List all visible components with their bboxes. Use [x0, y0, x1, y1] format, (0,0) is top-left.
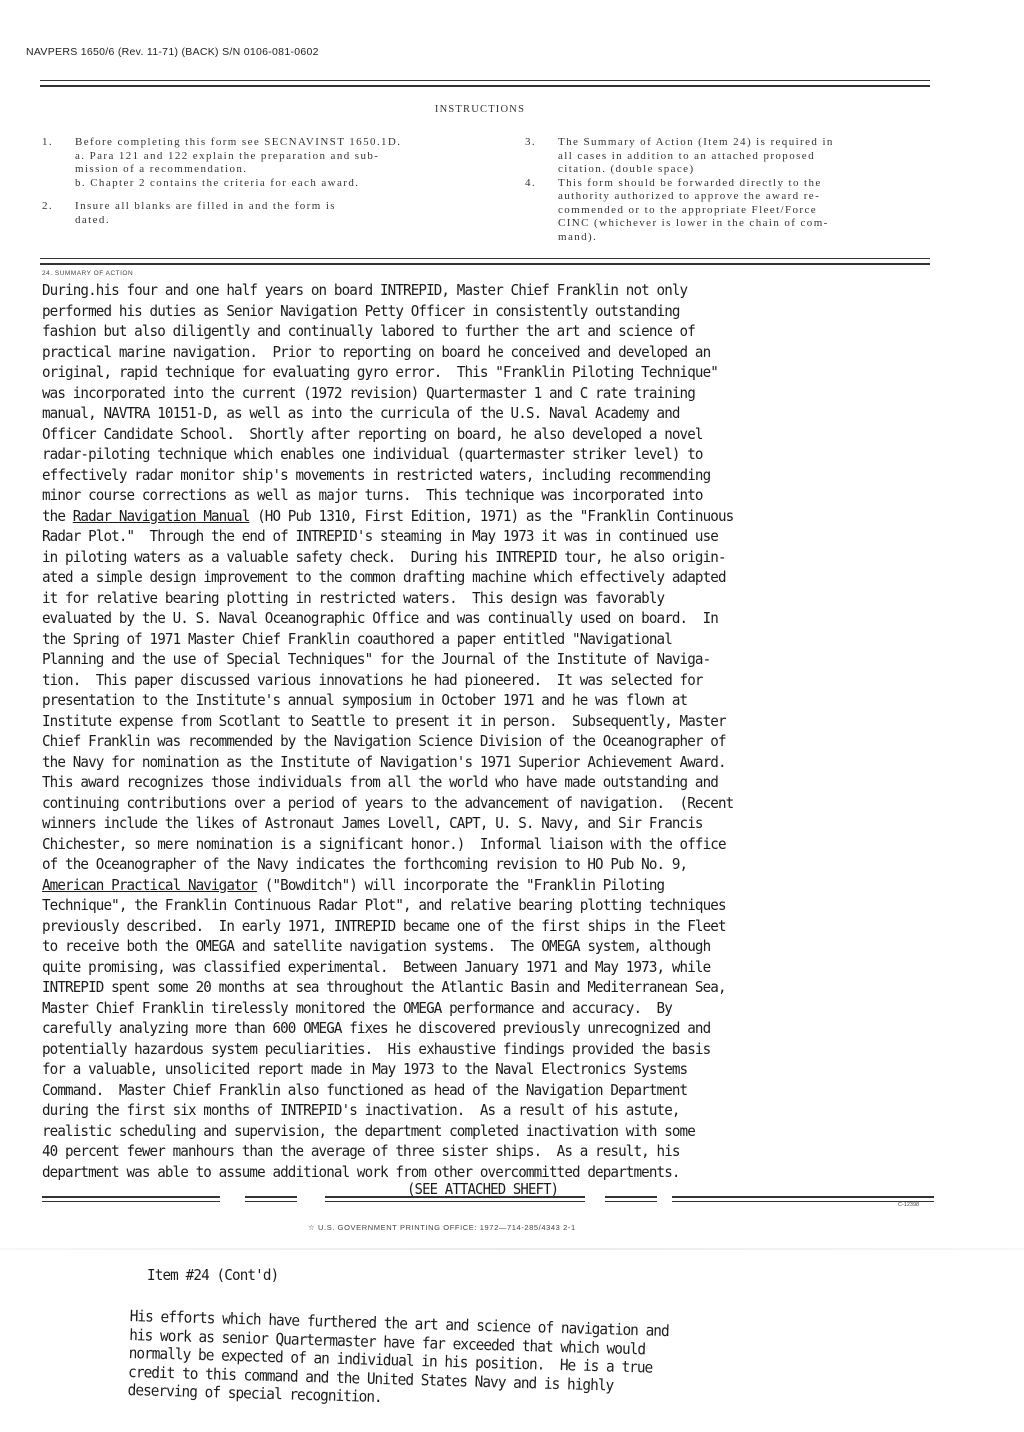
summary-line: fashion but also diligently and continua… [42, 321, 916, 342]
instructions-right: 3.The Summary of Action (Item 24) is req… [525, 136, 955, 244]
summary-line: tion. This paper discussed various innov… [42, 670, 916, 691]
instruction-item: mand). [525, 231, 955, 245]
summary-line: potentially hazardous system peculiariti… [42, 1039, 916, 1060]
summary-line: the Navy for nomination as the Institute… [42, 752, 916, 773]
summary-line: Chichester, so mere nomination is a sign… [42, 834, 916, 855]
instruction-item: b. Chapter 2 contains the criteria for e… [42, 177, 512, 191]
summary-line: manual, NAVTRA 10151-D, as well as into … [42, 403, 916, 424]
instruction-item: a. Para 121 and 122 explain the preparat… [42, 150, 512, 164]
instruction-item: 4.This form should be forwarded directly… [525, 177, 955, 191]
form-number: NAVPERS 1650/6 (Rev. 11-71) (BACK) S/N 0… [26, 46, 319, 58]
instruction-item: 3.The Summary of Action (Item 24) is req… [525, 136, 955, 150]
summary-line: it for relative bearing plotting in rest… [42, 588, 916, 609]
instructions-left: 1.Before completing this form see SECNAV… [42, 136, 512, 227]
summary-line: was incorporated into the current (1972 … [42, 383, 916, 404]
summary-line: the Spring of 1971 Master Chief Franklin… [42, 629, 916, 650]
summary-line: department was able to assume additional… [42, 1162, 916, 1183]
continuation-title: Item #24 (Cont'd) [147, 1266, 278, 1284]
instruction-item: all cases in addition to an attached pro… [525, 150, 955, 164]
summary-line: Command. Master Chief Franklin also func… [42, 1080, 916, 1101]
form-bottom-rule [605, 1196, 657, 1202]
summary-line: for a valuable, unsolicited report made … [42, 1059, 916, 1080]
summary-line: continuing contributions over a period o… [42, 793, 916, 814]
instruction-item: 1.Before completing this form see SECNAV… [42, 136, 512, 150]
summary-line: to receive both the OMEGA and satellite … [42, 936, 916, 957]
instruction-item: citation. (double space) [525, 163, 955, 177]
summary-line: Planning and the use of Special Techniqu… [42, 649, 916, 670]
summary-line: This award recognizes those individuals … [42, 772, 916, 793]
instructions-title: INSTRUCTIONS [0, 104, 960, 115]
summary-line: winners include the likes of Astronaut J… [42, 813, 916, 834]
summary-line: American Practical Navigator ("Bowditch"… [42, 875, 916, 896]
form-bottom-rule [42, 1196, 220, 1202]
continuation-text: His efforts which have furthered the art… [127, 1307, 669, 1415]
summary-line: the Radar Navigation Manual (HO Pub 1310… [42, 506, 916, 527]
summary-of-action-text: During.his four and one half years on bo… [42, 280, 916, 1182]
summary-line: minor course corrections as well as majo… [42, 485, 916, 506]
summary-line: in piloting waters as a valuable safety … [42, 547, 916, 568]
instruction-item: CINC (whichever is lower in the chain of… [525, 217, 955, 231]
summary-line: INTREPID spent some 20 months at sea thr… [42, 977, 916, 998]
underlined-title: Radar Navigation Manual [73, 507, 250, 525]
printing-office-imprint: ☆ U.S. GOVERNMENT PRINTING OFFICE: 1972—… [308, 1223, 576, 1232]
instruction-item: 2.Insure all blanks are filled in and th… [42, 200, 512, 214]
summary-line: previously described. In early 1971, INT… [42, 916, 916, 937]
summary-line: Master Chief Franklin tirelessly monitor… [42, 998, 916, 1019]
summary-line: of the Oceanographer of the Navy indicat… [42, 854, 916, 875]
summary-line: Radar Plot." Through the end of INTREPID… [42, 526, 916, 547]
form-bottom-rule [245, 1196, 297, 1202]
summary-label: 24. SUMMARY OF ACTION [42, 270, 133, 277]
summary-line: carefully analyzing more than 600 OMEGA … [42, 1018, 916, 1039]
summary-line: Institute expense from Scotlant to Seatt… [42, 711, 916, 732]
summary-line: presentation to the Institute's annual s… [42, 690, 916, 711]
form-bottom-rule [325, 1196, 585, 1202]
instruction-item: commended or to the appropriate Fleet/Fo… [525, 204, 955, 218]
summary-line: quite promising, was classified experime… [42, 957, 916, 978]
summary-line: evaluated by the U. S. Naval Oceanograph… [42, 608, 916, 629]
header-divider [40, 80, 930, 87]
page-fold-shadow [0, 1248, 1024, 1250]
summary-line: Technique", the Franklin Continuous Rada… [42, 895, 916, 916]
summary-line: effectively radar monitor ship's movemen… [42, 465, 916, 486]
summary-line: During.his four and one half years on bo… [42, 280, 916, 301]
instruction-item: mission of a recommendation. [42, 163, 512, 177]
summary-line: radar-piloting technique which enables o… [42, 444, 916, 465]
instructions-divider [40, 258, 930, 265]
form-bottom-rule [672, 1196, 934, 1202]
summary-line: Chief Franklin was recommended by the Na… [42, 731, 916, 752]
instruction-item: authority authorized to approve the awar… [525, 190, 955, 204]
summary-line: practical marine navigation. Prior to re… [42, 342, 916, 363]
summary-line: Officer Candidate School. Shortly after … [42, 424, 916, 445]
summary-line: performed his duties as Senior Navigatio… [42, 301, 916, 322]
instruction-item: dated. [42, 214, 512, 228]
summary-line: original, rapid technique for evaluating… [42, 362, 916, 383]
underlined-title: American Practical Navigator [42, 876, 257, 894]
summary-line: during the first six months of INTREPID'… [42, 1100, 916, 1121]
form-code: C-12398 [898, 1202, 919, 1208]
summary-line: realistic scheduling and supervision, th… [42, 1121, 916, 1142]
summary-line: 40 percent fewer manhours than the avera… [42, 1141, 916, 1162]
summary-line: ated a simple design improvement to the … [42, 567, 916, 588]
